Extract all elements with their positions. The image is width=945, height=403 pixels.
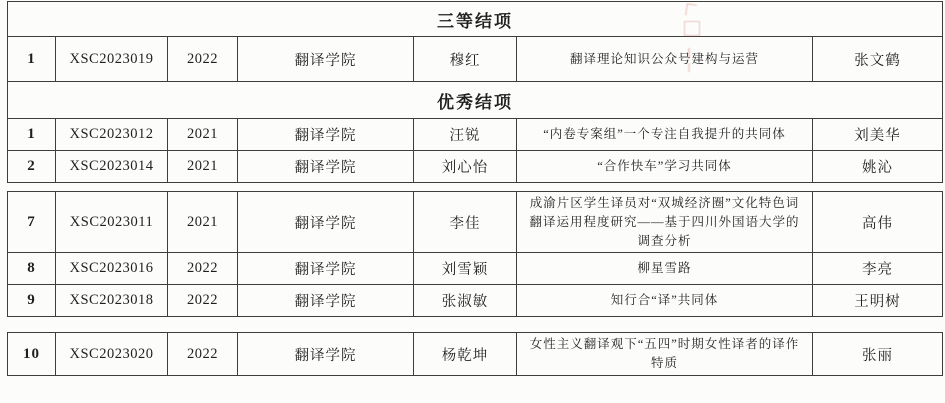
row-number-cell: 7 xyxy=(8,192,55,252)
table-row: 1 XSC2023012 2021 翻译学院 汪锐 “内卷专案组”一个专注自我提… xyxy=(8,119,942,150)
year-cell: 2021 xyxy=(167,151,237,182)
college-cell: 翻译学院 xyxy=(237,119,413,150)
college-cell: 翻译学院 xyxy=(237,285,413,316)
third-class-rows: 1 XSC2023019 2022 翻译学院 穆红 翻译理论知识公众号建构与运营… xyxy=(7,36,943,82)
college-cell: 翻译学院 xyxy=(237,192,413,252)
table-row: 9 XSC2023018 2022 翻译学院 张淑敏 知行合“译”共同体 王明树 xyxy=(8,284,942,316)
project-id-cell: XSC2023014 xyxy=(55,151,167,182)
section-title-third-class: 三等结项 xyxy=(8,2,942,36)
project-title-cell: 女性主义翻译观下“五四”时期女性译者的译作特质 xyxy=(516,333,812,375)
college-cell: 翻译学院 xyxy=(237,37,413,81)
row-number-cell: 9 xyxy=(8,285,55,316)
student-name-cell: 穆红 xyxy=(413,37,516,81)
table-row: 10 XSC2023020 2022 翻译学院 杨乾坤 女性主义翻译观下“五四”… xyxy=(8,333,942,375)
college-cell: 翻译学院 xyxy=(237,333,413,375)
third-class-section: 三等结项 xyxy=(7,1,943,37)
table-row: 7 XSC2023011 2021 翻译学院 李佳 成渝片区学生译员对“双城经济… xyxy=(8,192,942,252)
year-cell: 2022 xyxy=(167,253,237,284)
row-number-cell: 1 xyxy=(8,119,55,150)
project-id-cell: XSC2023012 xyxy=(55,119,167,150)
project-id-cell: XSC2023016 xyxy=(55,253,167,284)
year-cell: 2021 xyxy=(167,192,237,252)
year-cell: 2022 xyxy=(167,37,237,81)
college-cell: 翻译学院 xyxy=(237,151,413,182)
excellent-section: 优秀结项 xyxy=(7,81,943,119)
section-title-excellent: 优秀结项 xyxy=(8,82,942,118)
row-number-cell: 8 xyxy=(8,253,55,284)
project-title-cell: 柳星雪路 xyxy=(516,253,812,284)
project-title-cell: “内卷专案组”一个专注自我提升的共同体 xyxy=(516,119,812,150)
advisor-name-cell: 高伟 xyxy=(812,192,942,252)
project-id-cell: XSC2023011 xyxy=(55,192,167,252)
year-cell: 2022 xyxy=(167,333,237,375)
table-row: 8 XSC2023016 2022 翻译学院 刘雪颖 柳星雪路 李亮 xyxy=(8,252,942,284)
student-name-cell: 张淑敏 xyxy=(413,285,516,316)
advisor-name-cell: 张文鹤 xyxy=(812,37,942,81)
advisor-name-cell: 张丽 xyxy=(812,333,942,375)
college-cell: 翻译学院 xyxy=(237,253,413,284)
project-id-cell: XSC2023018 xyxy=(55,285,167,316)
project-title-cell: 知行合“译”共同体 xyxy=(516,285,812,316)
student-name-cell: 刘雪颖 xyxy=(413,253,516,284)
project-title-cell: 成渝片区学生译员对“双城经济圈”文化特色词翻译运用程度研究——基于四川外国语大学… xyxy=(516,192,812,252)
excellent-rows-a: 1 XSC2023012 2021 翻译学院 汪锐 “内卷专案组”一个专注自我提… xyxy=(7,118,943,183)
project-title-cell: 翻译理论知识公众号建构与运营 xyxy=(516,37,812,81)
table-row: 1 XSC2023019 2022 翻译学院 穆红 翻译理论知识公众号建构与运营… xyxy=(8,37,942,81)
advisor-name-cell: 刘美华 xyxy=(812,119,942,150)
project-id-cell: XSC2023019 xyxy=(55,37,167,81)
student-name-cell: 刘心怡 xyxy=(413,151,516,182)
table-row: 2 XSC2023014 2021 翻译学院 刘心怡 “合作快车”学习共同体 姚… xyxy=(8,150,942,182)
student-name-cell: 杨乾坤 xyxy=(413,333,516,375)
project-title-cell: “合作快车”学习共同体 xyxy=(516,151,812,182)
year-cell: 2022 xyxy=(167,285,237,316)
advisor-name-cell: 姚沁 xyxy=(812,151,942,182)
row-number-cell: 1 xyxy=(8,37,55,81)
excellent-rows-c: 10 XSC2023020 2022 翻译学院 杨乾坤 女性主义翻译观下“五四”… xyxy=(7,332,943,376)
excellent-rows-b: 7 XSC2023011 2021 翻译学院 李佳 成渝片区学生译员对“双城经济… xyxy=(7,191,943,317)
year-cell: 2021 xyxy=(167,119,237,150)
student-name-cell: 李佳 xyxy=(413,192,516,252)
scanned-results-table: 三等结项 1 XSC2023019 2022 翻译学院 穆红 翻译理论知识公众号… xyxy=(7,1,943,376)
project-id-cell: XSC2023020 xyxy=(55,333,167,375)
row-number-cell: 2 xyxy=(8,151,55,182)
advisor-name-cell: 王明树 xyxy=(812,285,942,316)
student-name-cell: 汪锐 xyxy=(413,119,516,150)
advisor-name-cell: 李亮 xyxy=(812,253,942,284)
row-number-cell: 10 xyxy=(8,333,55,375)
